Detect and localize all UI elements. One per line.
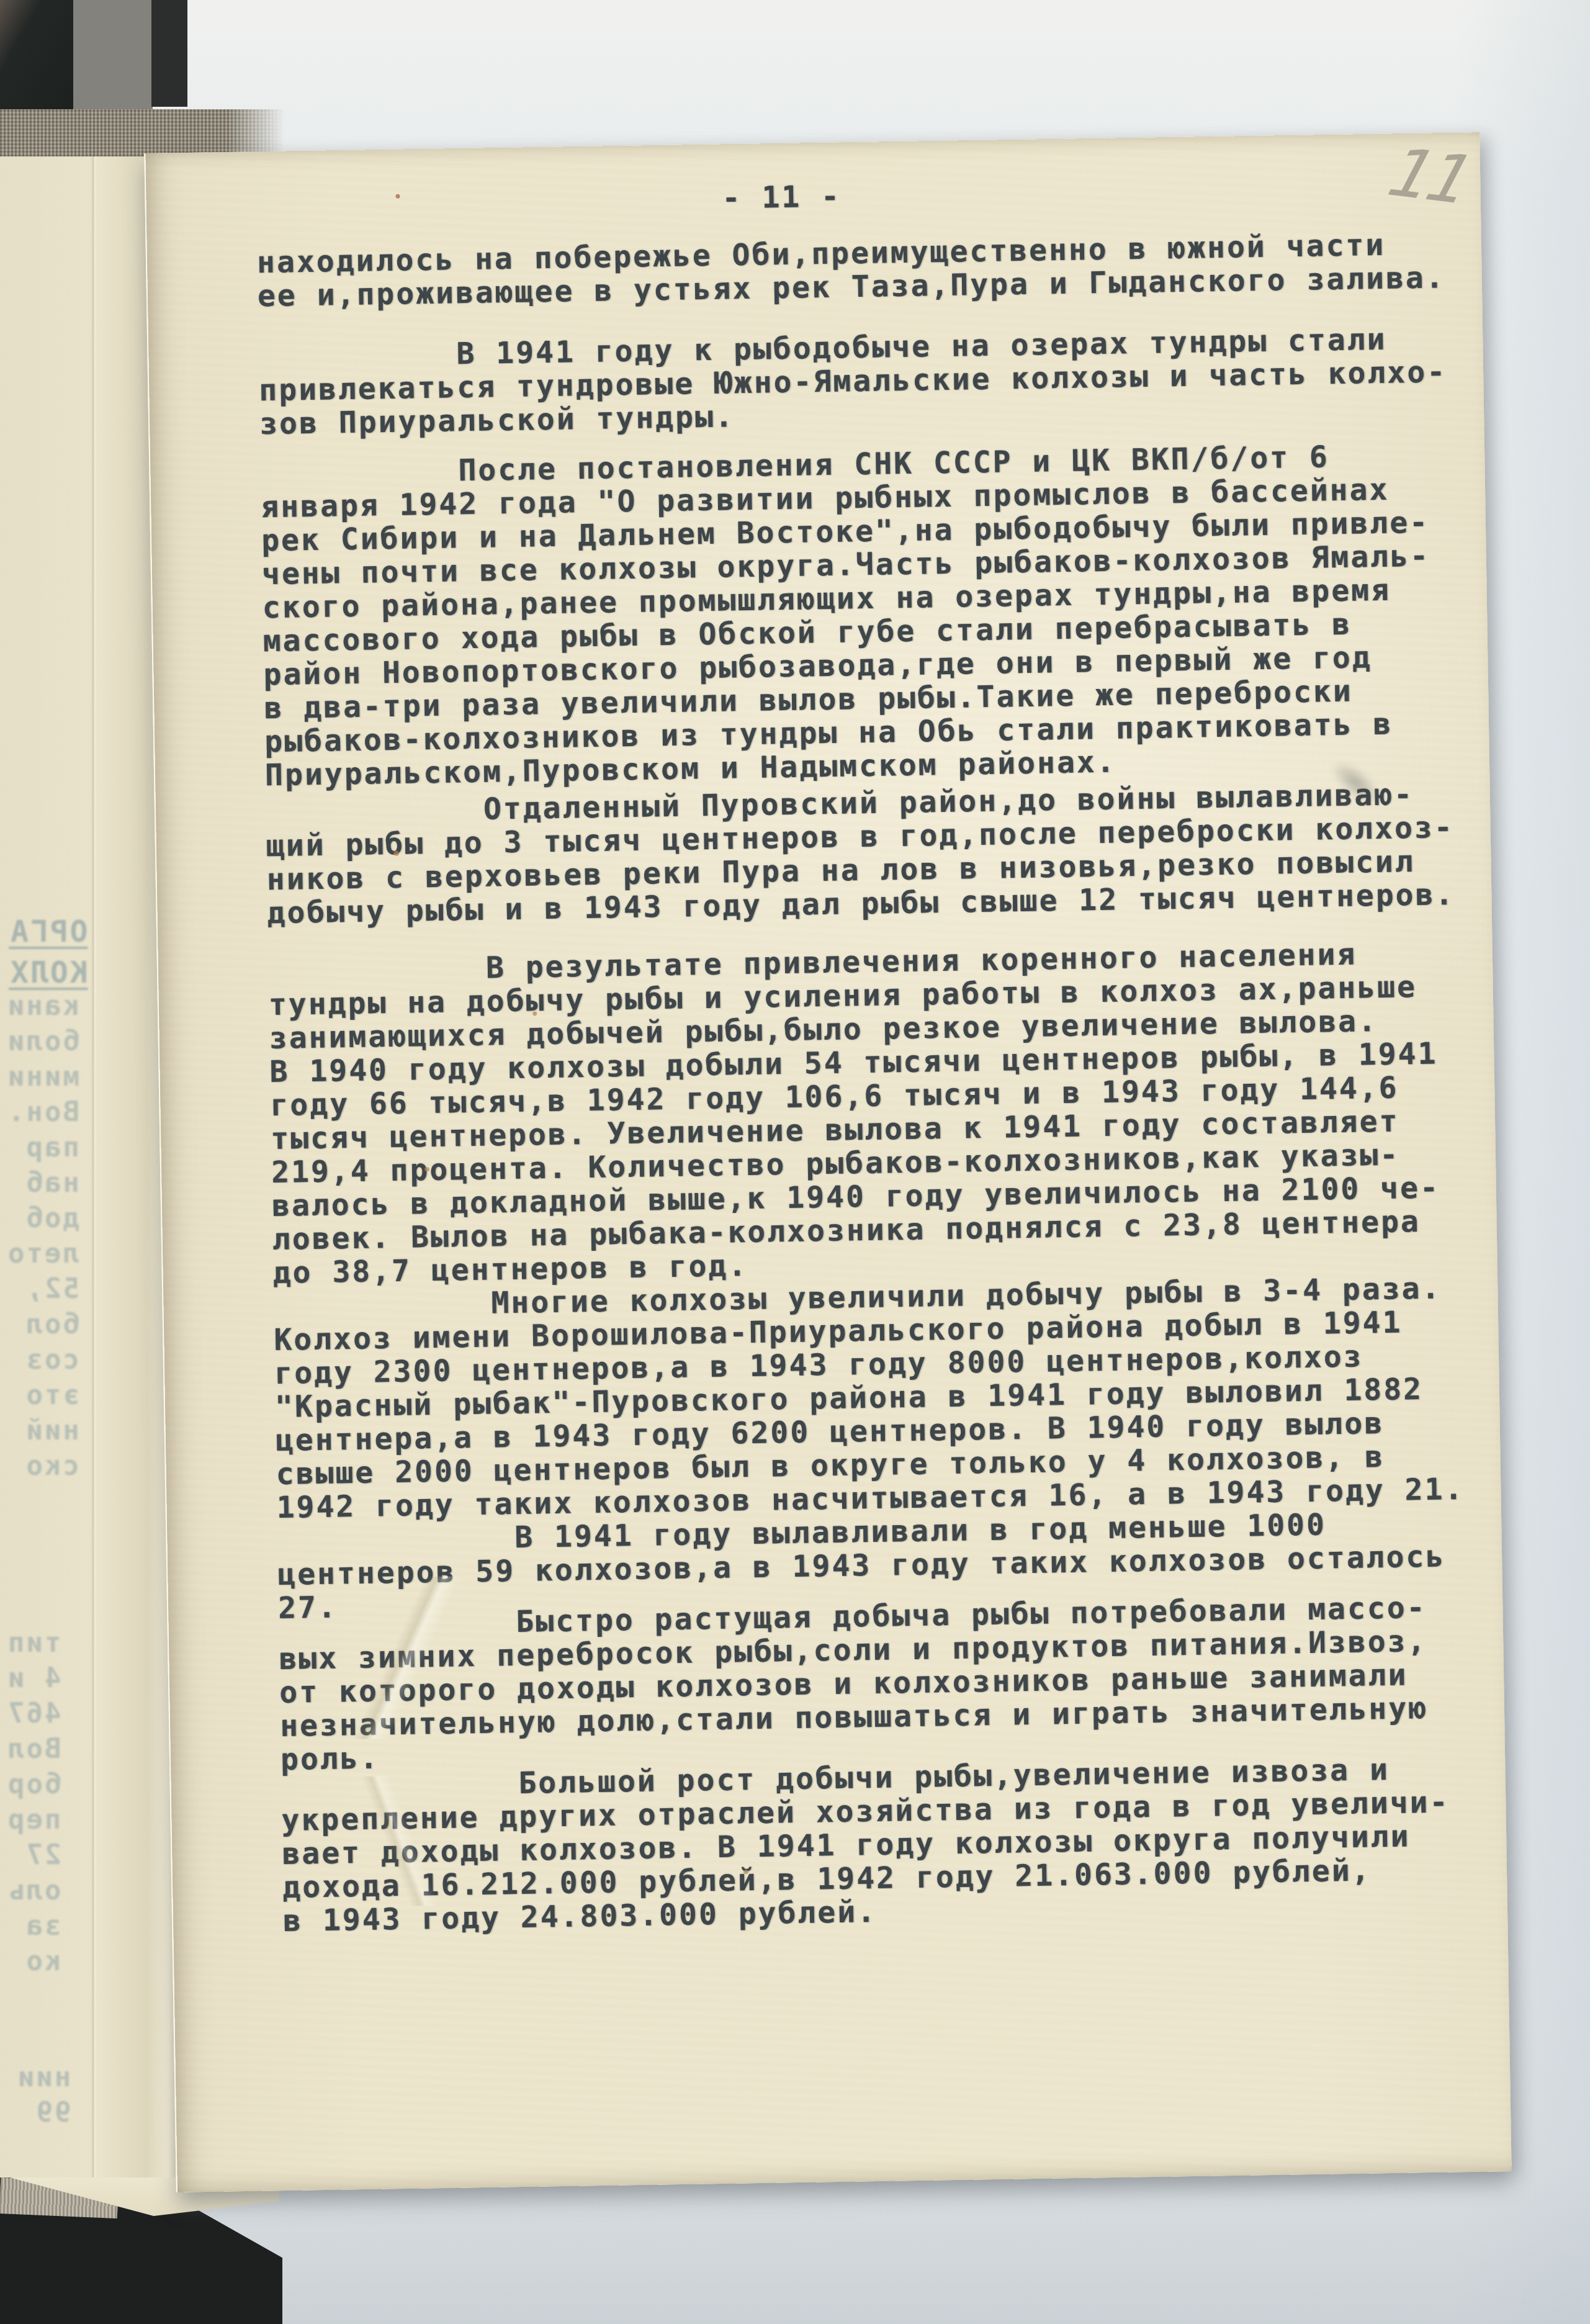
text-line: соз (6, 1342, 79, 1377)
bleedthrough-column: нии99 (16, 2060, 71, 2130)
text-line: 52, (6, 1271, 79, 1307)
text-line: кани (6, 988, 79, 1024)
text-line: 99 (16, 2095, 71, 2130)
text-line: КОЛХ (9, 952, 88, 993)
text-line: оль (6, 1873, 61, 1908)
scanned-archival-document: { "document": { "page_header": "- 11 -",… (0, 0, 1590, 2324)
text-line: доб (6, 1200, 79, 1236)
typed-paragraph: находилось на побережье Оби,преимуществе… (257, 227, 1445, 313)
text-line: бор (6, 1767, 61, 1802)
text-line: 467 (6, 1696, 61, 1731)
text-line: это (6, 1377, 79, 1413)
text-line: наб (6, 1165, 79, 1200)
text-line: пар (6, 1130, 79, 1165)
gutter-crease (91, 156, 97, 2178)
book-cover-top-shadow (73, 0, 153, 109)
paper-speck (532, 1011, 537, 1016)
text-line: за (6, 1908, 61, 1943)
document-page: - 11 - находилось на побережье Оби,преим… (144, 132, 1511, 2192)
text-line: пер (6, 1802, 61, 1837)
text-line: нии (16, 2060, 71, 2095)
text-line: Вол (6, 1731, 61, 1767)
text-line: ко (6, 1943, 61, 1979)
text-line: бол (6, 1307, 79, 1342)
book-cover-top-spine-strip (151, 0, 187, 107)
text-line: боли (6, 1024, 79, 1059)
text-line: ОРГА (9, 911, 88, 952)
text-line: тип (6, 1625, 61, 1660)
paper-speck (395, 194, 400, 199)
bleedthrough-heading: ОРГАКОЛХ (9, 911, 88, 993)
typed-paragraph: Большой рост добычи рыбы,увеличение изво… (281, 1752, 1451, 1938)
typed-paragraph: Многие колхозы увеличили добычу рыбы в 3… (273, 1271, 1466, 1625)
page-number-typed: - 11 - (722, 179, 841, 215)
typed-paragraph: После постановления СНК СССР и ЦК ВКП/б/… (260, 439, 1433, 792)
text-line: ско (6, 1448, 79, 1484)
text-line: ний (6, 1413, 79, 1448)
typed-paragraph: Быстро растущая добыча рыбы потребовали … (278, 1591, 1429, 1777)
text-line: мини (6, 1059, 79, 1094)
paper-speck (424, 1167, 429, 1171)
text-line: 4 и (6, 1660, 61, 1696)
typed-paragraph: Отдаленный Пуровский район,до войны выла… (266, 777, 1455, 930)
paper-speck (393, 851, 399, 856)
text-line: Вон. (6, 1094, 79, 1130)
text-line: лето (6, 1236, 79, 1271)
book-cover-top-left (0, 0, 76, 112)
text-line: 27 (6, 1837, 61, 1873)
bleedthrough-column: тип4 и467Волборпер27ользако (6, 1625, 61, 1979)
typed-paragraph: В 1941 году к рыбодобыче на озерах тундр… (258, 322, 1447, 441)
bleedthrough-column: каниболиминиВон.парнабдоблето52,болсозэт… (6, 988, 79, 1484)
typed-paragraph: В результате привлечения коренного насел… (268, 937, 1441, 1290)
